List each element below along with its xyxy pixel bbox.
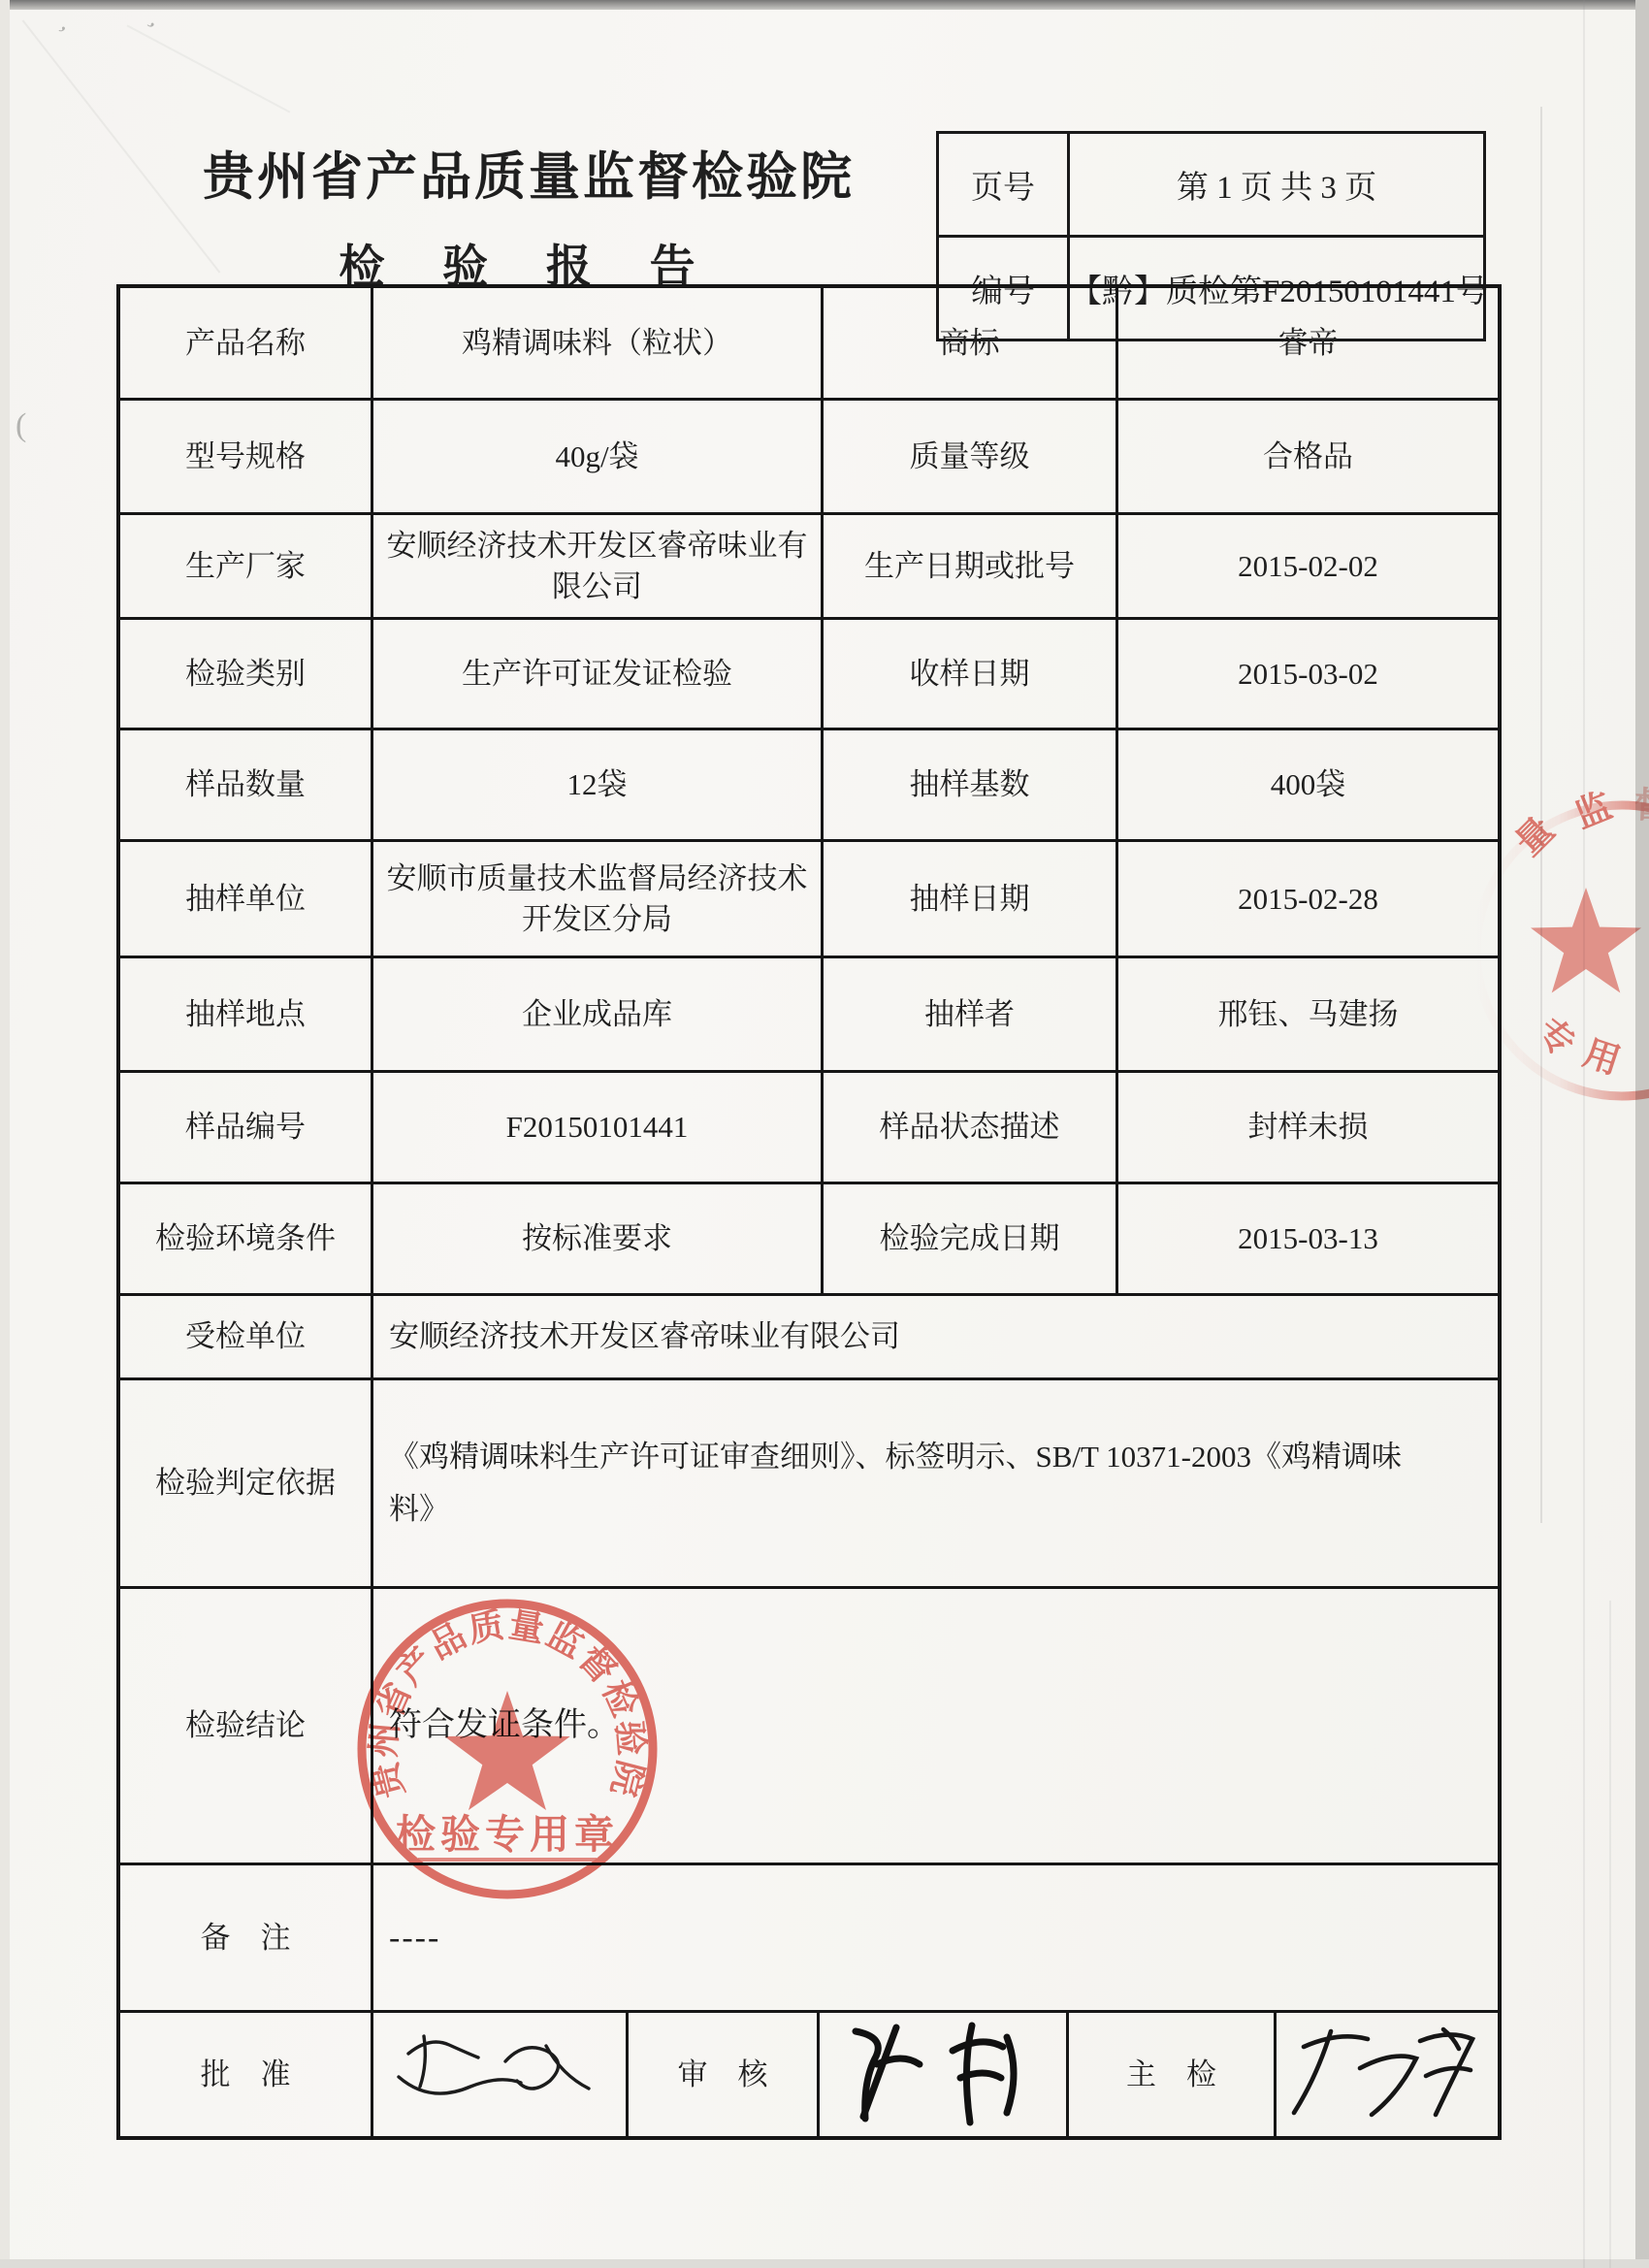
field-label: 抽样者 — [821, 958, 1115, 1070]
paper-crease — [1540, 107, 1542, 1523]
field-value: F20150101441 — [371, 1073, 821, 1182]
paper-speck: ’ — [46, 20, 71, 49]
review-label: 审 核 — [626, 2013, 817, 2136]
svg-text:监: 监 — [1569, 786, 1618, 837]
table-row-environment-conditions: 检验环境条件 按标准要求 检验完成日期 2015-03-13 — [120, 1182, 1498, 1293]
scan-top-edge — [0, 0, 1649, 10]
chief-signature-handwriting — [1278, 2020, 1497, 2130]
field-value: 按标准要求 — [371, 1184, 821, 1293]
field-label: 抽样日期 — [821, 842, 1115, 956]
field-label: 受检单位 — [120, 1296, 371, 1377]
field-label: 检验环境条件 — [120, 1184, 371, 1293]
table-row-sample-number: 样品编号 F20150101441 样品状态描述 封样未损 — [120, 1070, 1498, 1182]
field-label: 商标 — [821, 288, 1115, 398]
page-title: 贵州省产品质量监督检验院 — [126, 136, 931, 210]
seal-star-icon — [1531, 888, 1641, 993]
table-row-manufacturer: 生产厂家 安顺经济技术开发区睿帝味业有限公司 生产日期或批号 2015-02-0… — [120, 512, 1498, 617]
paper-crease — [1609, 1601, 1611, 2268]
field-label: 备 注 — [120, 1865, 371, 2010]
field-value: 合格品 — [1115, 401, 1498, 512]
field-label: 样品状态描述 — [821, 1073, 1115, 1182]
field-value: 12袋 — [371, 730, 821, 839]
field-label: 检验判定依据 — [120, 1380, 371, 1586]
field-value: 安顺经济技术开发区睿帝味业有限公司 — [371, 515, 821, 617]
field-value: 鸡精调味料（粒状） — [371, 288, 821, 398]
paper-speck: ( — [16, 407, 26, 444]
field-label: 抽样基数 — [821, 730, 1115, 839]
page-number-row: 页号 第 1 页 共 3 页 — [939, 134, 1483, 235]
table-row-sampling-unit: 抽样单位 安顺市质量技术监督局经济技术开发区分局 抽样日期 2015-02-28 — [120, 839, 1498, 956]
field-label: 检验完成日期 — [821, 1184, 1115, 1293]
field-label: 收样日期 — [821, 620, 1115, 728]
field-value: 安顺经济技术开发区睿帝味业有限公司 — [371, 1296, 1498, 1377]
scan-right-edge — [1635, 0, 1649, 2268]
field-label: 型号规格 — [120, 401, 371, 512]
scan-left-edge — [0, 0, 10, 2268]
paper-crease — [127, 25, 291, 113]
review-signature-handwriting — [826, 2018, 1059, 2132]
table-row-model-spec: 型号规格 40g/袋 质量等级 合格品 — [120, 398, 1498, 512]
table-row-inspection-conclusion: 检验结论 符合发证条件。 — [120, 1586, 1498, 1863]
page-number-value: 第 1 页 共 3 页 — [1067, 134, 1483, 235]
svg-text:专: 专 — [1529, 1011, 1582, 1065]
field-value: 企业成品库 — [371, 958, 821, 1070]
field-label: 生产日期或批号 — [821, 515, 1115, 617]
field-value: 符合发证条件。 — [371, 1589, 1498, 1863]
field-label: 生产厂家 — [120, 515, 371, 617]
table-row-sampling-location: 抽样地点 企业成品库 抽样者 邢钰、马建扬 — [120, 956, 1498, 1070]
field-value: 邢钰、马建扬 — [1115, 958, 1498, 1070]
field-value: 2015-02-28 — [1115, 842, 1498, 956]
field-value: 2015-02-02 — [1115, 515, 1498, 617]
review-signature — [817, 2013, 1066, 2136]
field-value: 400袋 — [1115, 730, 1498, 839]
table-row-product-name: 产品名称 鸡精调味料（粒状） 商标 睿帝 — [120, 288, 1498, 398]
chief-signature — [1274, 2013, 1498, 2136]
field-value: 《鸡精调味料生产许可证审查细则》、标签明示、SB/T 10371-2003《鸡精… — [371, 1380, 1498, 1586]
field-label: 样品编号 — [120, 1073, 371, 1182]
page-number-label: 页号 — [939, 134, 1067, 235]
field-label: 检验结论 — [120, 1589, 371, 1863]
chief-label: 主 检 — [1066, 2013, 1274, 2136]
field-label: 抽样单位 — [120, 842, 371, 956]
field-label: 抽样地点 — [120, 958, 371, 1070]
approve-signature-handwriting — [381, 2021, 619, 2129]
field-value: 生产许可证发证检验 — [371, 620, 821, 728]
table-row-remarks: 备 注 ---- — [120, 1863, 1498, 2010]
scanned-inspection-report-page: ’ ’ ( 贵州省产品质量监督检验院 检 验 报 告 页号 第 1 页 共 3 … — [0, 0, 1649, 2268]
field-value: 封样未损 — [1115, 1073, 1498, 1182]
table-row-signatures: 批 准 审 核 — [120, 2010, 1498, 2136]
inspection-info-table: 产品名称 鸡精调味料（粒状） 商标 睿帝 型号规格 40g/袋 质量等级 合格品… — [116, 284, 1502, 2140]
field-label: 产品名称 — [120, 288, 371, 398]
table-row-inspected-unit: 受检单位 安顺经济技术开发区睿帝味业有限公司 — [120, 1293, 1498, 1377]
svg-text:用: 用 — [1578, 1034, 1625, 1083]
field-value: 安顺市质量技术监督局经济技术开发区分局 — [371, 842, 821, 956]
field-label: 检验类别 — [120, 620, 371, 728]
table-row-inspection-category: 检验类别 生产许可证发证检验 收样日期 2015-03-02 — [120, 617, 1498, 728]
paper-crease — [1583, 0, 1585, 2268]
edge-seal-text: 量 监 督 专 用 — [1508, 785, 1649, 1083]
field-label: 样品数量 — [120, 730, 371, 839]
field-value: ---- — [371, 1865, 1498, 2010]
approve-label: 批 准 — [120, 2013, 371, 2136]
svg-text:量: 量 — [1508, 810, 1563, 864]
scan-bottom-edge — [0, 2259, 1649, 2268]
table-row-sample-quantity: 样品数量 12袋 抽样基数 400袋 — [120, 728, 1498, 839]
field-value: 睿帝 — [1115, 288, 1498, 398]
field-value: 2015-03-13 — [1115, 1184, 1498, 1293]
field-label: 质量等级 — [821, 401, 1115, 512]
table-row-judgment-basis: 检验判定依据 《鸡精调味料生产许可证审查细则》、标签明示、SB/T 10371-… — [120, 1377, 1498, 1586]
field-value: 40g/袋 — [371, 401, 821, 512]
field-value: 2015-03-02 — [1115, 620, 1498, 728]
approve-signature — [371, 2013, 626, 2136]
